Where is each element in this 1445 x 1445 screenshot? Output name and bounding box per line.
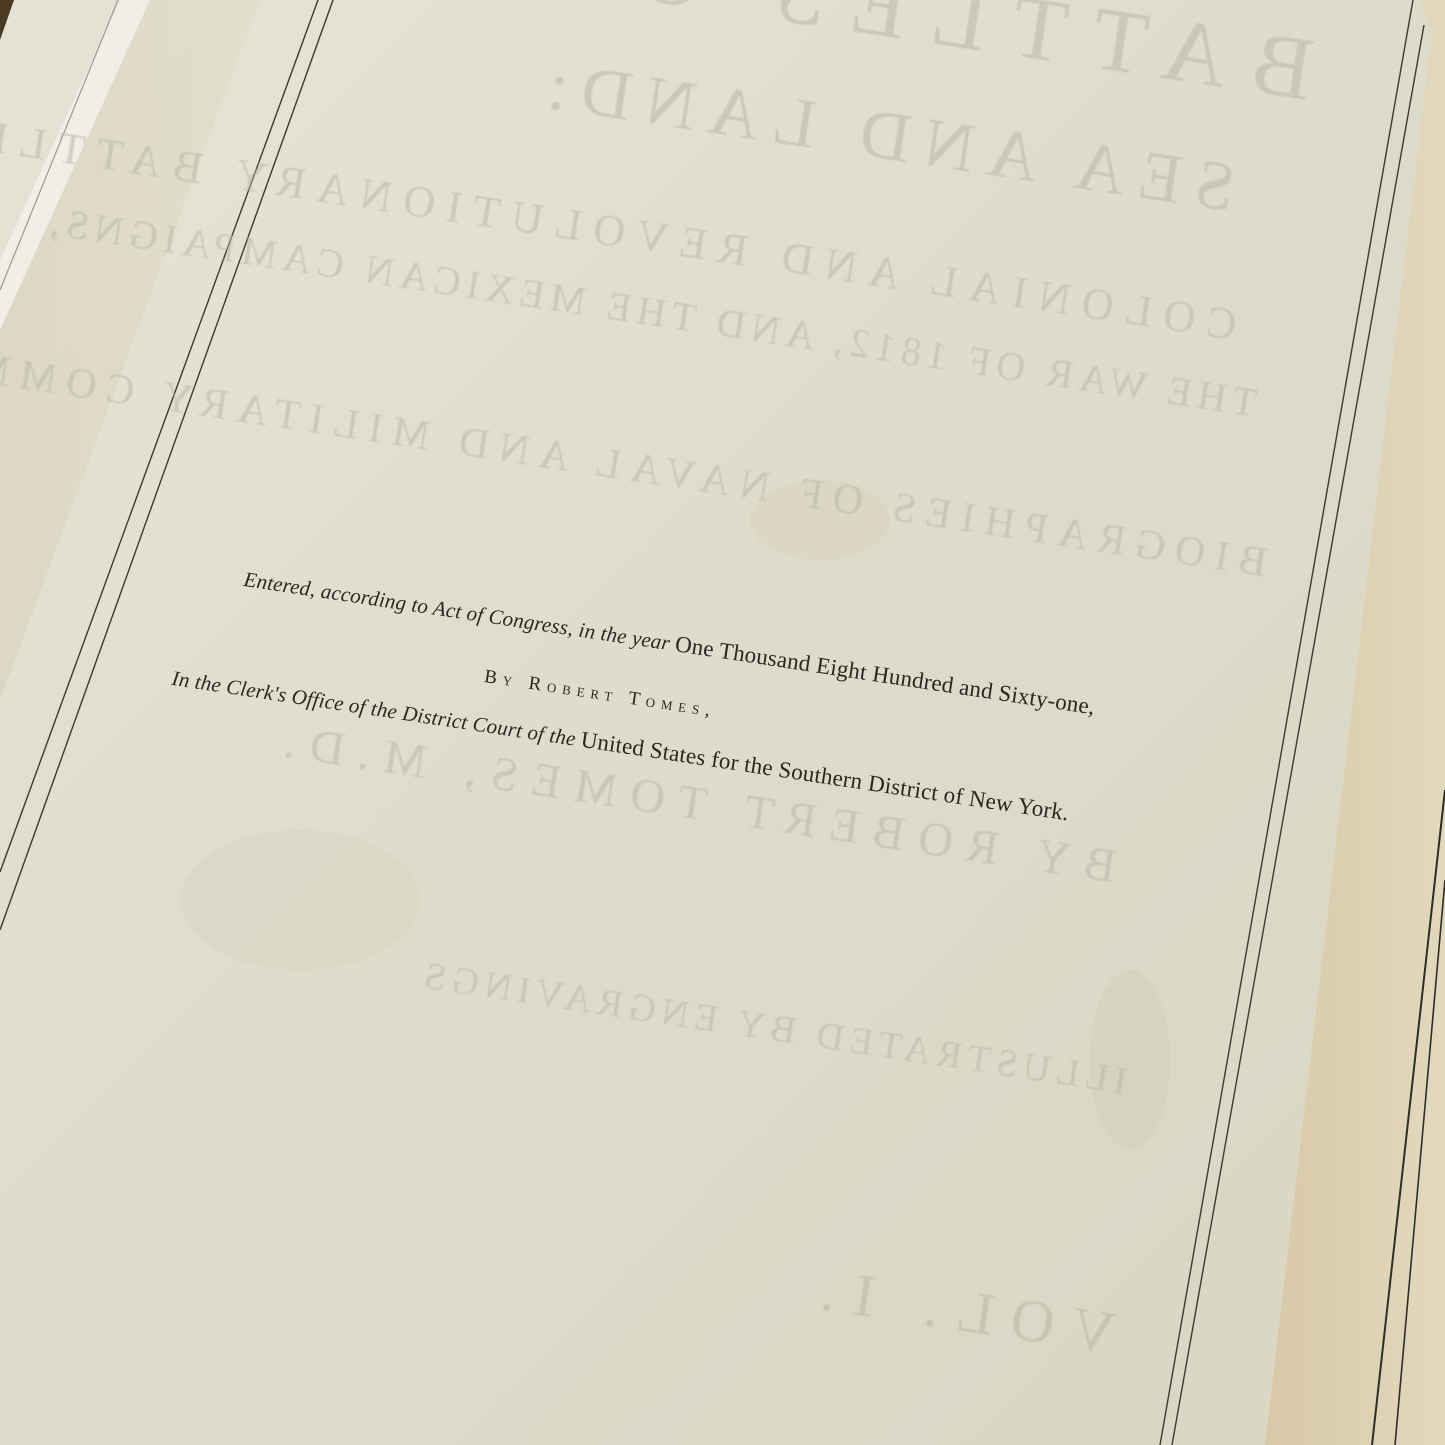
book-photo: BATTLES OF AMERICA SEA AND LAND: COLONIA… — [0, 0, 1445, 1445]
